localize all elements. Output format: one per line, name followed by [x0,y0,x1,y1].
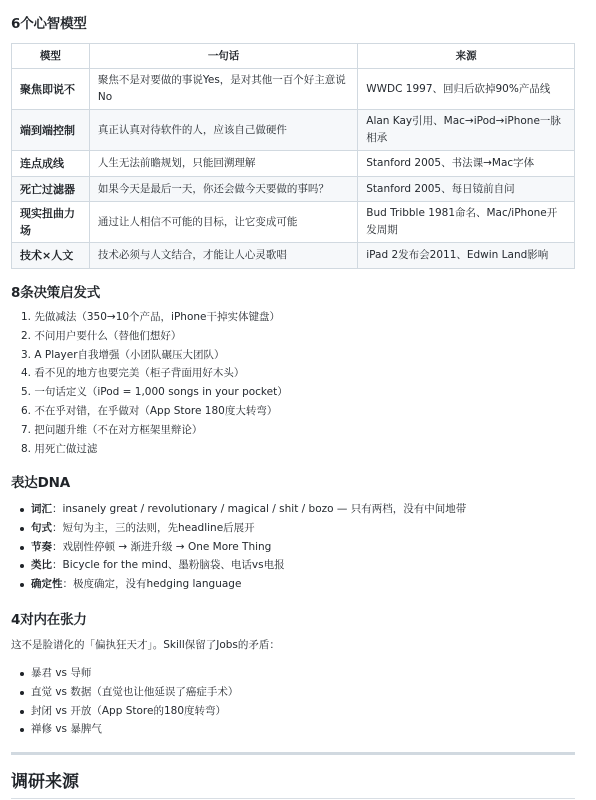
item-label: 确定性 [31,578,63,590]
bullet-icon [20,583,24,587]
list-item: 5. 一句话定义（iPod = 1,000 songs in your pock… [21,383,288,402]
cell-source: Stanford 2005、每日镜前自问 [358,177,575,202]
table-row: 技术×人文 技术必须与人文结合，才能让人心灵歌唱 iPad 2发布会2011、E… [12,243,575,269]
cell-source: Bud Tribble 1981命名、Mac/iPhone开发周期 [358,202,575,243]
column-header-model: 模型 [12,44,90,69]
cell-model: 聚焦即说不 [12,69,90,110]
table-row: 连点成线 人生无法前瞻规划，只能回溯理解 Stanford 2005、书法课→M… [12,151,575,177]
list-item: 封闭 vs 开放（App Store的180度转弯） [11,702,238,721]
table-row: 现实扭曲力场 通过让人相信不可能的目标，让它变成可能 Bud Tribble 1… [12,202,575,243]
cell-source: Alan Kay引用、Mac→iPod→iPhone一脉相承 [358,110,575,151]
heuristics-list: 1. 先做减法（350→10个产品，iPhone干掉实体键盘） 2. 不问用户要… [21,308,288,458]
cell-quote: 如果今天是最后一天，你还会做今天要做的事吗？ [89,177,357,202]
bullet-icon [20,527,24,531]
bullet-icon [20,728,24,732]
bullet-icon [20,672,24,676]
item-text: ：戏剧性停顿 → 渐进升级 → One More Thing [52,541,271,553]
expression-dna-list: 词汇：insanely great / revolutionary / magi… [11,500,466,594]
cell-model: 死亡过滤器 [12,177,90,202]
table-row: 死亡过滤器 如果今天是最后一天，你还会做今天要做的事吗？ Stanford 20… [12,177,575,202]
item-text: 封闭 vs 开放（App Store的180度转弯） [31,705,226,717]
cell-quote: 真正认真对待软件的人，应该自己做硬件 [89,110,357,151]
heading-heuristics: 8条决策启发式 [11,283,100,303]
item-text: 禅修 vs 暴脾气 [31,723,102,735]
cell-quote: 聚焦不是对要做的事说Yes，是对其他一百个好主意说No [89,69,357,110]
list-item: 类比：Bicycle for the mind、墨粉脑袋、电话vs电报 [11,556,466,575]
heading-tensions: 4对内在张力 [11,610,87,630]
list-item: 禅修 vs 暴脾气 [11,720,238,739]
cell-quote: 人生无法前瞻规划，只能回溯理解 [89,151,357,177]
table-header-row: 模型 一句话 来源 [12,44,575,69]
cell-source: Stanford 2005、书法课→Mac字体 [358,151,575,177]
list-item: 直觉 vs 数据（直觉也让他延误了癌症手术） [11,683,238,702]
cell-model: 现实扭曲力场 [12,202,90,243]
cell-quote: 通过让人相信不可能的目标，让它变成可能 [89,202,357,243]
item-text: ：短句为主，三的法则，先headline后展开 [52,522,255,534]
cell-quote: 技术必须与人文结合，才能让人心灵歌唱 [89,243,357,269]
table-row: 聚焦即说不 聚焦不是对要做的事说Yes，是对其他一百个好主意说No WWDC 1… [12,69,575,110]
item-text: 直觉 vs 数据（直觉也让他延误了癌症手术） [31,686,238,698]
cell-model: 连点成线 [12,151,90,177]
list-item: 7. 把问题升维（不在对方框架里辩论） [21,421,288,440]
table-row: 端到端控制 真正认真对待软件的人，应该自己做硬件 Alan Kay引用、Mac→… [12,110,575,151]
item-label: 类比 [31,559,52,571]
list-item: 2. 不问用户要什么（替他们想好） [21,327,288,346]
item-text: ：极度确定，没有hedging language [63,578,242,590]
mental-models-table: 模型 一句话 来源 聚焦即说不 聚焦不是对要做的事说Yes，是对其他一百个好主意… [11,43,575,269]
item-text: ：insanely great / revolutionary / magica… [52,503,466,515]
tensions-intro: 这不是脸谱化的「偏执狂天才」。Skill保留了Jobs的矛盾： [11,636,280,654]
list-item: 确定性：极度确定，没有hedging language [11,575,466,594]
list-item: 8. 用死亡做过滤 [21,440,288,459]
heading-sources: 调研来源 [11,770,575,799]
bullet-icon [20,546,24,550]
bullet-icon [20,508,24,512]
cell-source: iPad 2发布会2011、Edwin Land影响 [358,243,575,269]
tensions-list: 暴君 vs 导师 直觉 vs 数据（直觉也让他延误了癌症手术） 封闭 vs 开放… [11,664,238,739]
cell-model: 端到端控制 [12,110,90,151]
column-header-source: 来源 [358,44,575,69]
list-item: 6. 不在乎对错，在乎做对（App Store 180度大转弯） [21,402,288,421]
bullet-icon [20,710,24,714]
heading-expression-dna: 表达DNA [11,473,70,493]
list-item: 暴君 vs 导师 [11,664,238,683]
item-label: 节奏 [31,541,52,553]
list-item: 3. A Player自我增强（小团队碾压大团队） [21,346,288,365]
cell-model: 技术×人文 [12,243,90,269]
item-text: 暴君 vs 导师 [31,667,91,679]
bullet-icon [20,691,24,695]
item-text: ：Bicycle for the mind、墨粉脑袋、电话vs电报 [52,559,285,571]
item-label: 句式 [31,522,52,534]
list-item: 句式：短句为主，三的法则，先headline后展开 [11,519,466,538]
bullet-icon [20,564,24,568]
list-item: 1. 先做减法（350→10个产品，iPhone干掉实体键盘） [21,308,288,327]
item-label: 词汇 [31,503,52,515]
list-item: 词汇：insanely great / revolutionary / magi… [11,500,466,519]
list-item: 节奏：戏剧性停顿 → 渐进升级 → One More Thing [11,538,466,557]
cell-source: WWDC 1997、回归后砍掉90%产品线 [358,69,575,110]
column-header-quote: 一句话 [89,44,357,69]
section-divider [11,752,575,755]
heading-mental-models: 6个心智模型 [11,14,87,34]
list-item: 4. 看不见的地方也要完美（柜子背面用好木头） [21,364,288,383]
